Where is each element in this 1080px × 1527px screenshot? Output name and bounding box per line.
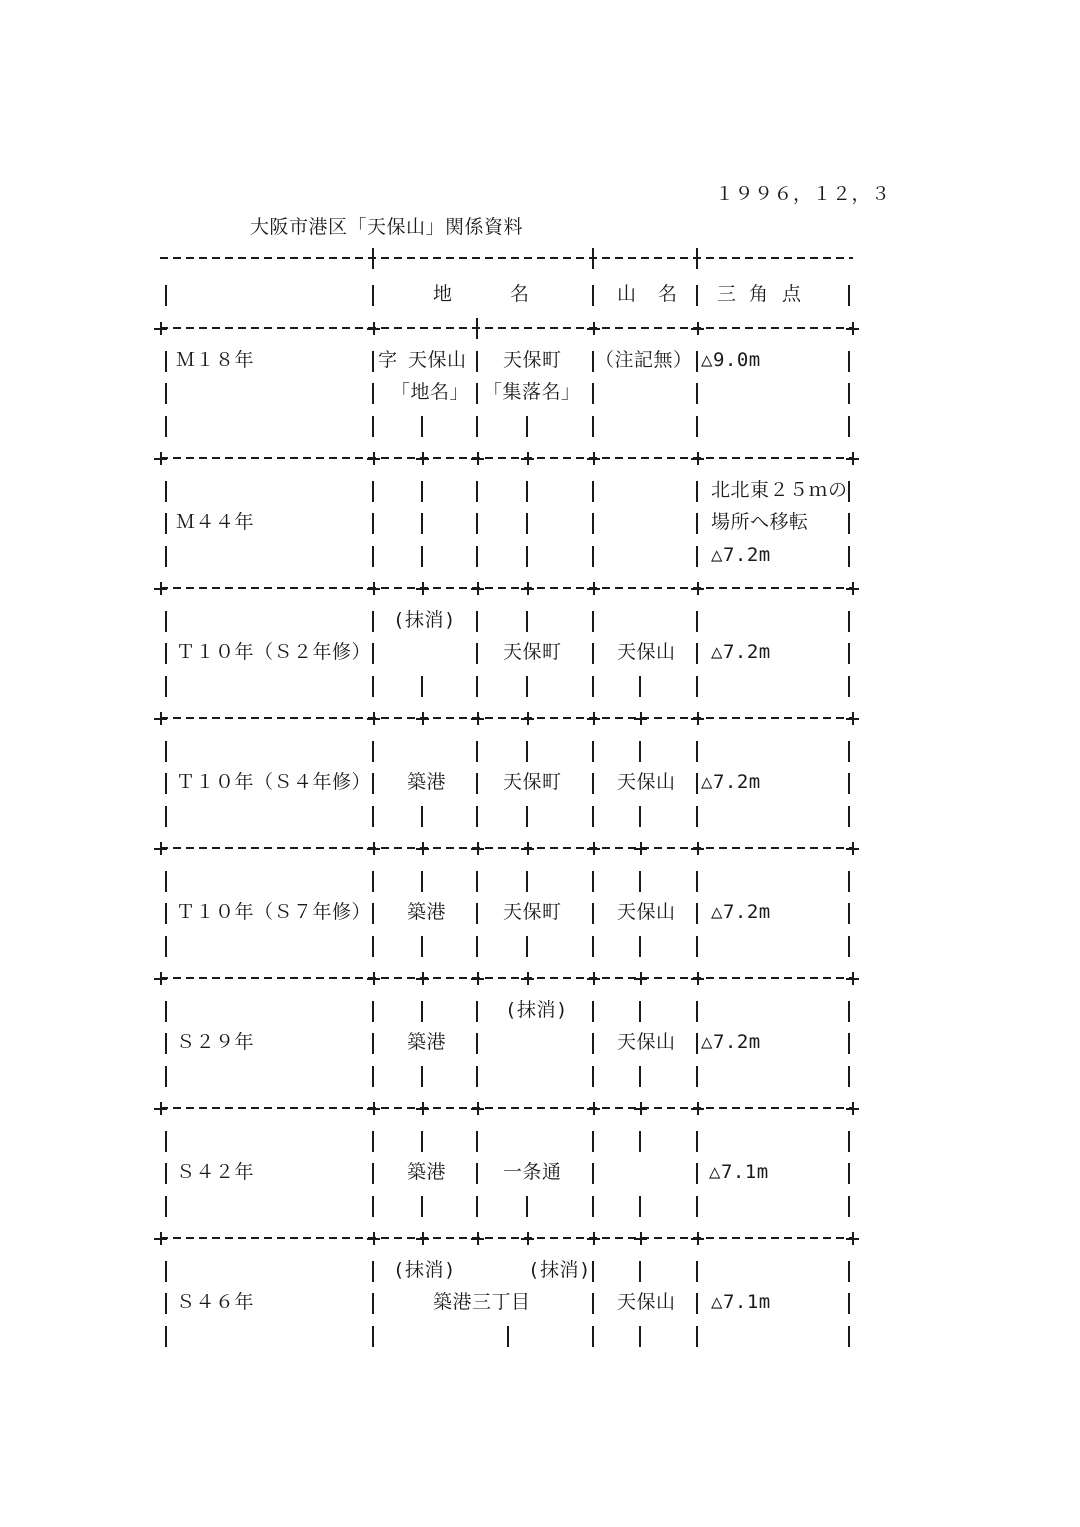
table-vbar xyxy=(639,741,641,762)
table-vbar xyxy=(526,546,528,567)
table-plus-intersection xyxy=(367,322,380,335)
table-vbar xyxy=(372,1066,374,1087)
table-vbar xyxy=(696,903,698,924)
table-vbar xyxy=(848,1261,850,1282)
table-cell-text: (抹消) xyxy=(528,1258,591,1282)
table-cell-text: 天保山 xyxy=(408,348,467,372)
table-separator-line xyxy=(160,457,853,459)
table-plus-intersection xyxy=(846,322,859,335)
table-plus-intersection xyxy=(367,842,380,855)
table-vbar xyxy=(165,416,167,437)
table-cell-text: 名 xyxy=(510,282,530,306)
table-vbar xyxy=(476,351,478,372)
table-plus-intersection xyxy=(154,452,167,465)
table-vbar xyxy=(696,773,698,794)
table-vbar xyxy=(372,1326,374,1347)
table-plus-intersection xyxy=(691,582,704,595)
table-vbar xyxy=(372,1131,374,1152)
table-plus-intersection xyxy=(587,322,600,335)
table-vbar xyxy=(372,248,374,269)
table-plus-intersection xyxy=(521,452,534,465)
table-vbar xyxy=(696,676,698,697)
table-vbar xyxy=(476,903,478,924)
table-plus-intersection xyxy=(691,322,704,335)
table-plus-intersection xyxy=(846,712,859,725)
table-vbar xyxy=(639,936,641,957)
table-vbar xyxy=(848,1293,850,1314)
table-vbar xyxy=(696,1033,698,1054)
table-separator-line xyxy=(160,1237,853,1239)
table-cell-text: 天保町 xyxy=(503,770,562,794)
table-vbar xyxy=(165,871,167,892)
table-cell-text: 一条通 xyxy=(503,1160,562,1184)
table-separator-line xyxy=(160,327,853,329)
table-cell-text: 天保山 xyxy=(617,900,676,924)
table-vbar xyxy=(696,1293,698,1314)
table-cell-text: △7.2m xyxy=(711,640,771,664)
table-vbar xyxy=(848,806,850,827)
table-plus-intersection xyxy=(691,1102,704,1115)
table-vbar xyxy=(848,1066,850,1087)
table-cell-text: △9.0m xyxy=(701,348,761,372)
table-vbar xyxy=(476,936,478,957)
table-vbar xyxy=(372,1001,374,1022)
table-plus-intersection xyxy=(634,842,647,855)
table-plus-intersection xyxy=(691,972,704,985)
table-vbar xyxy=(372,481,374,502)
table-plus-intersection xyxy=(154,712,167,725)
table-vbar xyxy=(848,1033,850,1054)
table-vbar xyxy=(696,643,698,664)
table-cell-text: 築港 xyxy=(407,1160,446,1184)
table-cell-text: 山 xyxy=(617,282,637,306)
table-vbar xyxy=(421,546,423,567)
table-cell-text: 天保町 xyxy=(503,900,562,924)
table-vbar xyxy=(476,1033,478,1054)
table-plus-intersection xyxy=(634,1232,647,1245)
table-vbar xyxy=(476,1163,478,1184)
table-plus-intersection xyxy=(587,452,600,465)
document-page: １９９６，１２，３ 大阪市港区「天保山」関係資料 地名山名三角点Ｍ１８年字天保山… xyxy=(0,0,1080,1527)
table-vbar xyxy=(592,351,594,372)
table-vbar xyxy=(848,285,850,306)
table-separator-line xyxy=(160,1107,853,1109)
table-vbar xyxy=(476,806,478,827)
table-cell-text: Ｍ１８年 xyxy=(176,348,254,372)
table-vbar xyxy=(372,383,374,404)
table-vbar xyxy=(848,773,850,794)
table-vbar xyxy=(848,546,850,567)
table-vbar xyxy=(421,481,423,502)
table-vbar xyxy=(526,481,528,502)
table-vbar xyxy=(372,676,374,697)
table-cell-text: Ｔ１０年（Ｓ２年修） xyxy=(176,640,371,664)
table-vbar xyxy=(696,481,698,502)
table-vbar xyxy=(421,1066,423,1087)
table-plus-intersection xyxy=(471,1102,484,1115)
table-vbar xyxy=(526,741,528,762)
table-cell-text: △7.2m xyxy=(711,900,771,924)
table-plus-intersection xyxy=(367,582,380,595)
table-vbar xyxy=(696,513,698,534)
table-vbar xyxy=(592,546,594,567)
table-vbar xyxy=(372,936,374,957)
table-plus-intersection xyxy=(416,582,429,595)
table-plus-intersection xyxy=(416,1102,429,1115)
table-plus-intersection xyxy=(691,712,704,725)
table-separator-line xyxy=(160,977,853,979)
table-vbar xyxy=(476,1001,478,1022)
table-vbar xyxy=(372,513,374,534)
table-vbar xyxy=(592,1196,594,1217)
table-vbar xyxy=(592,676,594,697)
table-vbar xyxy=(165,806,167,827)
table-plus-intersection xyxy=(846,452,859,465)
table-vbar xyxy=(592,1261,594,1282)
table-cell-text: 点 xyxy=(782,282,802,306)
table-vbar xyxy=(165,676,167,697)
table-cell-text: △7.2m xyxy=(711,543,771,567)
table-vbar xyxy=(592,481,594,502)
table-vbar xyxy=(372,611,374,632)
table-vbar xyxy=(476,676,478,697)
table-vbar xyxy=(165,1163,167,1184)
table-vbar xyxy=(848,481,850,502)
table-vbar xyxy=(372,1261,374,1282)
table-vbar xyxy=(848,1163,850,1184)
table-cell-text: 天保山 xyxy=(617,1290,676,1314)
table-vbar xyxy=(696,806,698,827)
table-plus-intersection xyxy=(416,842,429,855)
table-vbar xyxy=(592,643,594,664)
table-vbar xyxy=(476,1196,478,1217)
table-cell-text: 名 xyxy=(658,282,678,306)
table-vbar xyxy=(476,871,478,892)
table-vbar xyxy=(421,416,423,437)
table-vbar xyxy=(421,1131,423,1152)
table-cell-text: △7.1m xyxy=(709,1160,769,1184)
table-vbar xyxy=(165,903,167,924)
table-cell-text: 天保町 xyxy=(503,640,562,664)
table-vbar xyxy=(372,1196,374,1217)
table-plus-intersection xyxy=(471,972,484,985)
table-cell-text: 「地名」 xyxy=(391,380,469,404)
table-vbar xyxy=(696,871,698,892)
table-vbar xyxy=(592,285,594,306)
table-vbar xyxy=(696,285,698,306)
table-cell-text: 築港 xyxy=(407,900,446,924)
table-cell-text: 字 xyxy=(378,348,398,372)
table-vbar xyxy=(848,1196,850,1217)
table-vbar xyxy=(165,351,167,372)
table-vbar xyxy=(696,248,698,269)
table-vbar xyxy=(696,546,698,567)
table-vbar xyxy=(372,741,374,762)
table-vbar xyxy=(592,806,594,827)
table-plus-intersection xyxy=(154,582,167,595)
table-vbar xyxy=(526,416,528,437)
table-vbar xyxy=(421,676,423,697)
table-cell-text: Ｓ４２年 xyxy=(176,1160,254,1184)
table-vbar xyxy=(592,1033,594,1054)
table-plus-intersection xyxy=(367,1232,380,1245)
table-vbar xyxy=(526,936,528,957)
table-plus-intersection xyxy=(367,452,380,465)
table-vbar xyxy=(372,1163,374,1184)
table-vbar xyxy=(696,1196,698,1217)
table-vbar xyxy=(696,416,698,437)
table-vbar xyxy=(372,1033,374,1054)
table-cell-text: 築港 xyxy=(407,1030,446,1054)
table-vbar xyxy=(696,1131,698,1152)
table-vbar xyxy=(526,806,528,827)
table-vbar xyxy=(848,936,850,957)
table-vbar xyxy=(165,1293,167,1314)
table-cell-text: 天保町 xyxy=(503,348,562,372)
table-plus-intersection xyxy=(846,842,859,855)
table-cell-text: （注記無） xyxy=(595,348,693,372)
table-plus-intersection xyxy=(587,1232,600,1245)
table-vbar xyxy=(696,741,698,762)
table-vbar xyxy=(639,1326,641,1347)
table-vbar xyxy=(592,1293,594,1314)
table-cell-text: Ｔ１０年（Ｓ４年修） xyxy=(176,770,371,794)
table-vbar xyxy=(476,513,478,534)
table-plus-intersection xyxy=(154,1232,167,1245)
table-plus-intersection xyxy=(587,972,600,985)
table-cell-text: 角 xyxy=(749,282,769,306)
table-vbar xyxy=(476,546,478,567)
table-vbar xyxy=(696,1326,698,1347)
table-vbar xyxy=(848,416,850,437)
table-vbar xyxy=(848,871,850,892)
table-vbar xyxy=(848,383,850,404)
table-vbar xyxy=(592,1163,594,1184)
table-plus-intersection xyxy=(154,842,167,855)
table-vbar xyxy=(372,903,374,924)
table-cell-text: △7.2m xyxy=(701,770,761,794)
table-vbar xyxy=(476,481,478,502)
table-vbar xyxy=(421,1001,423,1022)
table-vbar xyxy=(696,1066,698,1087)
table-vbar xyxy=(526,611,528,632)
table-vbar xyxy=(639,676,641,697)
table-vbar xyxy=(476,416,478,437)
table-vbar xyxy=(639,1131,641,1152)
table-vbar xyxy=(165,1033,167,1054)
table-vbar xyxy=(848,513,850,534)
table-vbar xyxy=(507,1326,509,1347)
table-plus-intersection xyxy=(587,582,600,595)
table-vbar xyxy=(592,1066,594,1087)
table-vbar xyxy=(165,285,167,306)
table-vbar xyxy=(165,1001,167,1022)
table-vbar xyxy=(526,676,528,697)
table-vbar xyxy=(165,773,167,794)
table-vbar xyxy=(476,773,478,794)
table-cell-text: 「集落名」 xyxy=(483,380,581,404)
document-date: １９９６，１２，３ xyxy=(715,182,891,206)
table-vbar xyxy=(476,741,478,762)
table-plus-intersection xyxy=(154,1102,167,1115)
table-vbar xyxy=(165,383,167,404)
table-vbar xyxy=(592,1326,594,1347)
table-plus-intersection xyxy=(471,842,484,855)
table-vbar xyxy=(372,806,374,827)
table-vbar xyxy=(372,773,374,794)
table-vbar xyxy=(476,1131,478,1152)
table-vbar xyxy=(372,643,374,664)
table-plus-intersection xyxy=(691,1232,704,1245)
table-plus-intersection xyxy=(521,712,534,725)
table-plus-intersection xyxy=(471,582,484,595)
document-title: 大阪市港区「天保山」関係資料 xyxy=(250,215,523,239)
table-vbar xyxy=(848,643,850,664)
table-vbar xyxy=(165,481,167,502)
table-vbar xyxy=(848,1326,850,1347)
table-vbar xyxy=(848,1001,850,1022)
table-cell-text: (抹消) xyxy=(505,998,568,1022)
table-vbar xyxy=(372,416,374,437)
table-vbar xyxy=(592,903,594,924)
table-cell-text: 北北東２５ｍの xyxy=(711,478,848,502)
table-plus-intersection xyxy=(521,972,534,985)
table-vbar xyxy=(165,1131,167,1152)
table-vbar xyxy=(848,741,850,762)
table-separator-line xyxy=(160,717,853,719)
table-vbar xyxy=(848,351,850,372)
table-plus-intersection xyxy=(416,712,429,725)
table-vbar xyxy=(848,1131,850,1152)
table-plus-intersection xyxy=(846,972,859,985)
table-vbar xyxy=(639,1066,641,1087)
table-plus-intersection xyxy=(471,1232,484,1245)
table-plus-intersection xyxy=(367,712,380,725)
table-vbar xyxy=(639,871,641,892)
table-cell-text: 地 xyxy=(433,282,453,306)
table-vbar xyxy=(848,676,850,697)
table-plus-intersection xyxy=(846,1232,859,1245)
table-plus-intersection xyxy=(416,972,429,985)
table-vbar xyxy=(476,611,478,632)
table-vbar xyxy=(476,383,478,404)
table-vbar xyxy=(421,871,423,892)
table-plus-intersection xyxy=(691,452,704,465)
table-vbar xyxy=(696,611,698,632)
table-plus-intersection xyxy=(634,1102,647,1115)
table-separator-line xyxy=(160,587,853,589)
table-plus-intersection xyxy=(846,1102,859,1115)
table-vbar xyxy=(165,1326,167,1347)
table-vbar xyxy=(421,1196,423,1217)
table-plus-intersection xyxy=(587,842,600,855)
table-vbar xyxy=(848,611,850,632)
table-cell-text: Ｓ４６年 xyxy=(176,1290,254,1314)
table-cell-text: 場所へ移転 xyxy=(711,510,809,534)
table-vbar xyxy=(639,1001,641,1022)
table-vbar xyxy=(639,806,641,827)
table-vbar xyxy=(696,1261,698,1282)
table-vbar xyxy=(165,1066,167,1087)
table-vbar xyxy=(639,1261,641,1282)
table-separator-line xyxy=(160,257,853,259)
table-plus-intersection xyxy=(587,1102,600,1115)
table-vbar xyxy=(526,871,528,892)
table-vbar xyxy=(372,871,374,892)
table-vbar xyxy=(165,1261,167,1282)
table-vbar xyxy=(592,773,594,794)
table-cell-text: △7.1m xyxy=(711,1290,771,1314)
table-cell-text: 天保山 xyxy=(617,640,676,664)
table-plus-intersection xyxy=(154,972,167,985)
table-vbar xyxy=(639,1196,641,1217)
table-cell-text: 天保山 xyxy=(617,770,676,794)
table-vbar xyxy=(592,416,594,437)
table-vbar xyxy=(696,383,698,404)
table-cell-text: Ｔ１０年（Ｓ７年修） xyxy=(176,900,371,924)
table-vbar xyxy=(476,1066,478,1087)
table-vbar xyxy=(476,643,478,664)
table-plus-intersection xyxy=(587,712,600,725)
table-plus-intersection xyxy=(367,1102,380,1115)
table-vbar xyxy=(592,383,594,404)
table-vbar xyxy=(165,546,167,567)
table-vbar xyxy=(696,1163,698,1184)
table-cell-text: Ｍ４４年 xyxy=(176,510,254,534)
table-cell-text: (抹消) xyxy=(393,608,456,632)
table-plus-intersection xyxy=(367,972,380,985)
table-plus-intersection xyxy=(691,842,704,855)
table-vbar xyxy=(372,351,374,372)
table-vbar xyxy=(696,351,698,372)
table-cell-text: △7.2m xyxy=(701,1030,761,1054)
table-vbar xyxy=(848,903,850,924)
table-vbar xyxy=(592,936,594,957)
table-cell-text: Ｓ２９年 xyxy=(176,1030,254,1054)
table-vbar xyxy=(165,513,167,534)
table-vbar xyxy=(165,741,167,762)
table-vbar xyxy=(165,1196,167,1217)
table-vbar xyxy=(696,936,698,957)
table-vbar xyxy=(592,611,594,632)
table-vbar xyxy=(476,318,478,339)
table-plus-intersection xyxy=(416,452,429,465)
table-cell-text: (抹消) xyxy=(393,1258,456,1282)
table-cell-text: 天保山 xyxy=(617,1030,676,1054)
table-vbar xyxy=(421,513,423,534)
table-plus-intersection xyxy=(634,972,647,985)
table-vbar xyxy=(165,643,167,664)
table-vbar xyxy=(592,513,594,534)
table-plus-intersection xyxy=(521,1232,534,1245)
table-plus-intersection xyxy=(846,582,859,595)
table-vbar xyxy=(526,1196,528,1217)
table-vbar xyxy=(421,806,423,827)
table-vbar xyxy=(592,248,594,269)
table-vbar xyxy=(526,513,528,534)
table-vbar xyxy=(696,1001,698,1022)
table-vbar xyxy=(592,871,594,892)
table-cell-text: 築港 xyxy=(407,770,446,794)
table-cell-text: 築港三丁目 xyxy=(433,1290,531,1314)
table-vbar xyxy=(372,546,374,567)
table-plus-intersection xyxy=(471,452,484,465)
table-vbar xyxy=(592,1131,594,1152)
table-vbar xyxy=(592,741,594,762)
table-plus-intersection xyxy=(154,322,167,335)
table-separator-line xyxy=(160,847,853,849)
table-plus-intersection xyxy=(471,712,484,725)
